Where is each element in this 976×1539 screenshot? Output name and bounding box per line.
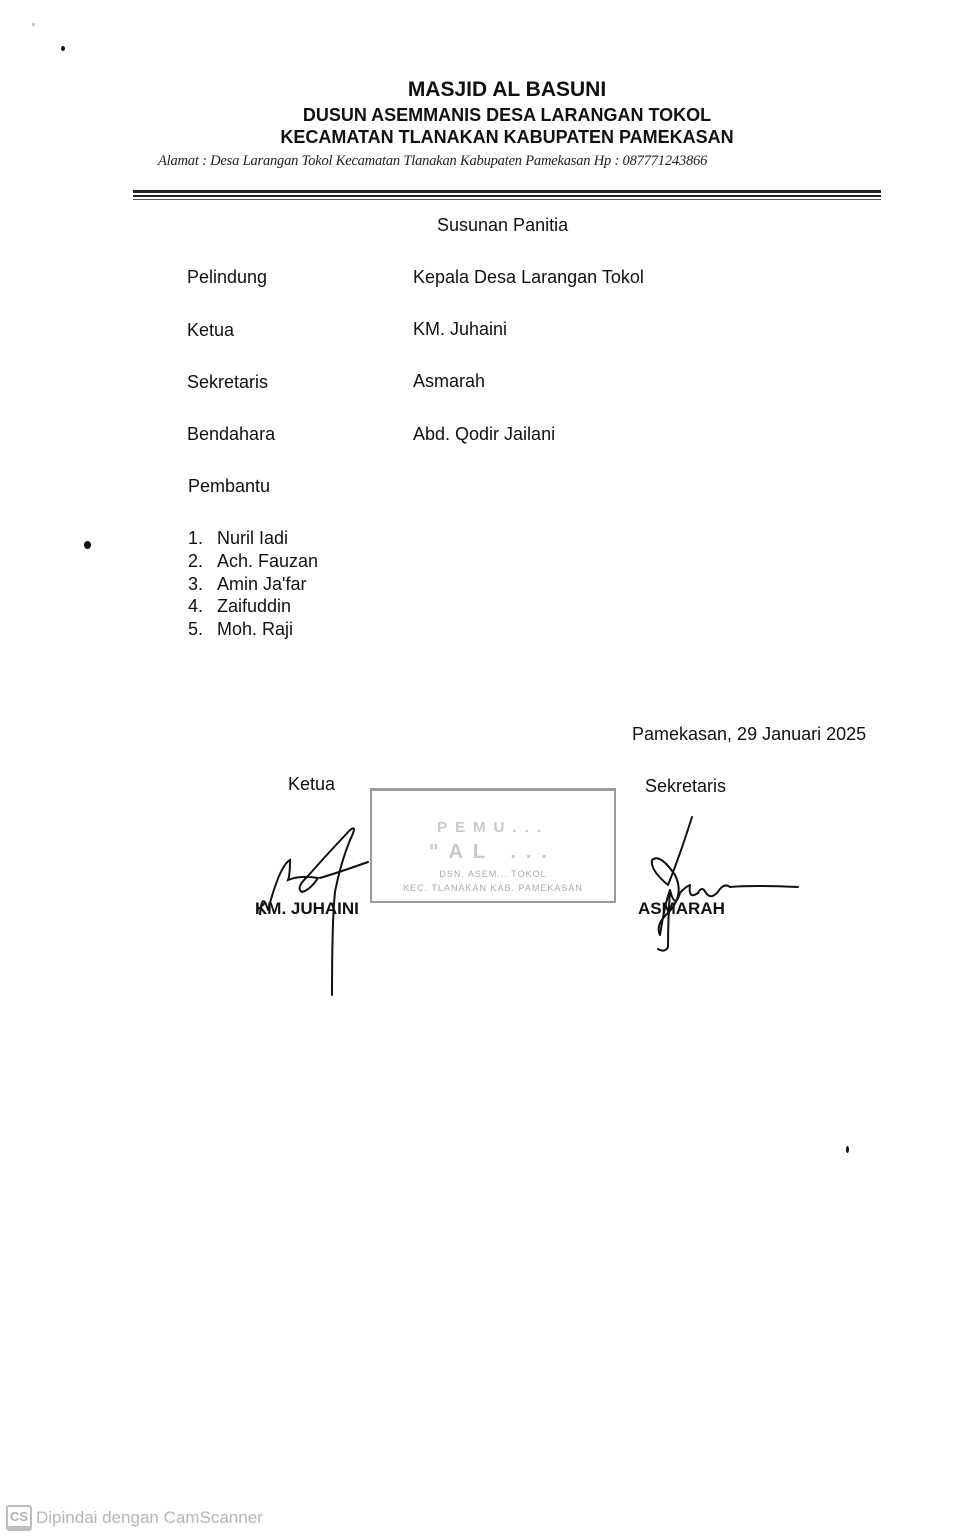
signature-right	[640, 815, 810, 960]
helper-name: Ach. Fauzan	[217, 551, 318, 571]
list-number: 4.	[188, 595, 217, 618]
stamp-text: DSN. ASEM... TOKOL	[372, 869, 614, 879]
signatory-role-right: Sekretaris	[645, 776, 726, 797]
list-number: 1.	[188, 527, 217, 550]
list-item: 2.Ach. Fauzan	[188, 550, 318, 573]
helper-name: Zaifuddin	[217, 596, 291, 616]
scan-speck	[61, 46, 65, 51]
scan-speck	[32, 23, 35, 26]
role-label-ketua: Ketua	[187, 320, 234, 341]
scanner-watermark: CS Dipindai dengan CamScanner	[6, 1504, 263, 1532]
stamp-text: "AL ...	[372, 841, 614, 864]
helper-name: Moh. Raji	[217, 619, 293, 639]
role-value-sekretaris: Asmarah	[413, 371, 485, 392]
helpers-label: Pembantu	[188, 476, 270, 497]
signature-left	[240, 820, 380, 1000]
role-value-pelindung: Kepala Desa Larangan Tokol	[413, 267, 644, 288]
signatory-role-left: Ketua	[288, 774, 335, 795]
helper-name: Nuril Iadi	[217, 528, 288, 548]
official-stamp: PEMU... "AL ... DSN. ASEM... TOKOL KEC. …	[370, 788, 616, 903]
list-item: 1.Nuril Iadi	[188, 527, 318, 550]
letterhead-subtitle-1: DUSUN ASEMMANIS DESA LARANGAN TOKOL	[0, 105, 976, 126]
header-divider	[133, 195, 881, 197]
list-number: 3.	[188, 573, 217, 596]
role-label-pelindung: Pelindung	[187, 267, 267, 288]
scan-speck	[846, 1146, 849, 1153]
letterhead-title: MASJID AL BASUNI	[0, 78, 976, 102]
stamp-text: KEC. TLANAKAN KAB. PAMEKASAN	[372, 883, 614, 893]
role-value-ketua: KM. Juhaini	[413, 319, 507, 340]
list-item: 3.Amin Ja'far	[188, 573, 318, 596]
letterhead-subtitle-2: KECAMATAN TLANAKAN KABUPATEN PAMEKASAN	[0, 127, 976, 148]
header-divider	[133, 199, 881, 200]
letterhead-address: Alamat : Desa Larangan Tokol Kecamatan T…	[158, 153, 858, 170]
stamp-text: PEMU...	[372, 819, 614, 836]
watermark-text: Dipindai dengan CamScanner	[36, 1508, 263, 1528]
helper-name: Amin Ja'far	[217, 574, 306, 594]
role-label-bendahara: Bendahara	[187, 424, 275, 445]
list-number: 5.	[188, 618, 217, 641]
list-item: 4.Zaifuddin	[188, 595, 318, 618]
list-number: 2.	[188, 550, 217, 573]
scan-speck	[84, 541, 91, 549]
place-date: Pamekasan, 29 Januari 2025	[632, 724, 866, 745]
camscanner-logo-icon: CS	[6, 1505, 32, 1531]
helpers-list: 1.Nuril Iadi 2.Ach. Fauzan 3.Amin Ja'far…	[188, 527, 318, 641]
header-divider	[133, 190, 881, 193]
list-item: 5.Moh. Raji	[188, 618, 318, 641]
role-label-sekretaris: Sekretaris	[187, 372, 268, 393]
document-title: Susunan Panitia	[437, 215, 568, 236]
role-value-bendahara: Abd. Qodir Jailani	[413, 424, 555, 445]
